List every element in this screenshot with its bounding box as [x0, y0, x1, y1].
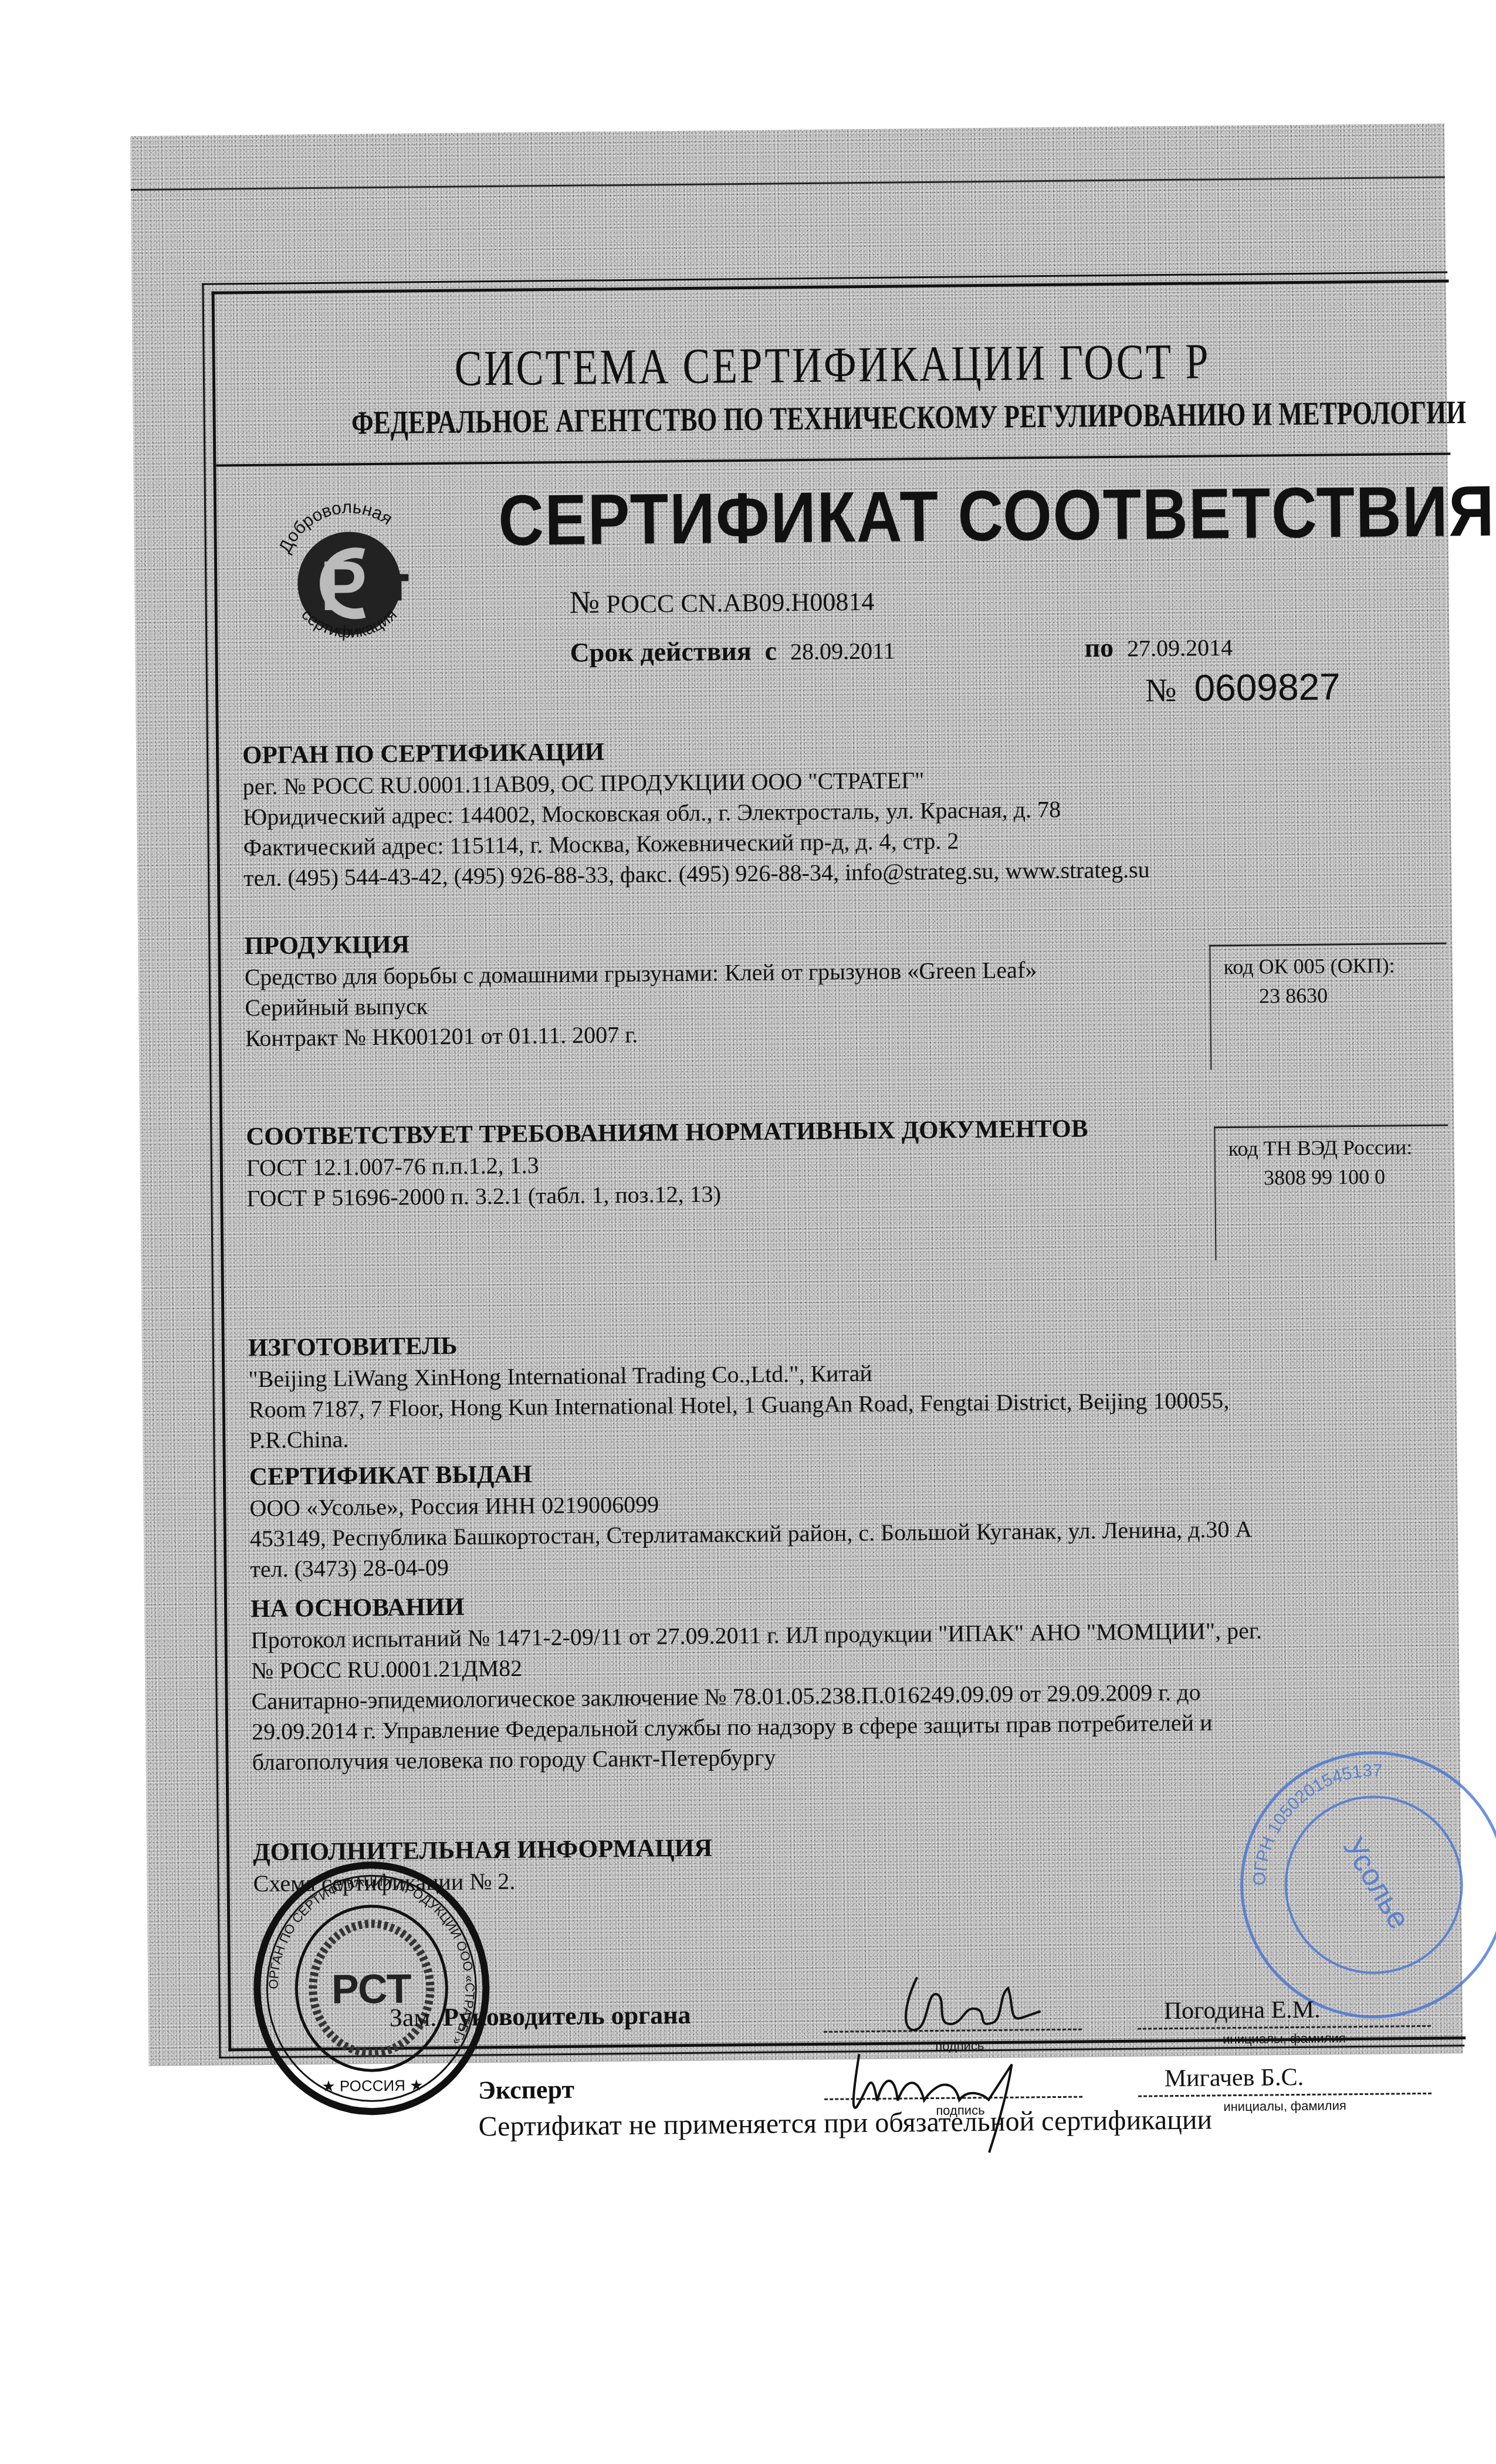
black-certification-seal-icon: ОРГАН ПО СЕРТИФИКАЦИИ ПРОДУКЦИИ ООО «СТР…: [247, 1858, 496, 2118]
product-section: ПРОДУКЦИЯ Средство для борьбы с домашним…: [244, 923, 1038, 1054]
validity-period: Срок действия с 28.09.2011 по 27.09.2014: [570, 631, 1233, 668]
okp-code-value: 23 8630: [1224, 980, 1447, 1011]
head-signature-row: Зам. Руководитель органа: [390, 2000, 691, 2033]
blank-number-value: 0609827: [1194, 665, 1341, 709]
basis-section: НА ОСНОВАНИИ Протокол испытаний № 1471-2…: [251, 1584, 1263, 1778]
head-name: Погодина Е.М.: [1164, 1996, 1321, 2026]
expert-name-line: [1138, 2093, 1431, 2097]
certification-body-section: ОРГАН ПО СЕРТИФИКАЦИИ рег. № РОСС RU.000…: [242, 731, 1150, 893]
rst-logo-icon: Добровольная сертификация P: [260, 489, 438, 666]
deputy-prefix: Зам.: [390, 2003, 437, 2032]
registration-number: № РОСС CN.АВ09.Н00814: [569, 581, 874, 621]
blank-number: №0609827: [1145, 665, 1341, 710]
expert-label: Эксперт: [478, 2075, 574, 2105]
issued-to-section: СЕРТИФИКАТ ВЫДАН ООО «Усолье», Россия ИН…: [249, 1452, 1253, 1585]
expert-name-caption: инициалы, фамилия: [1223, 2098, 1346, 2114]
tnved-code-value: 3808 99 100 0: [1228, 1162, 1448, 1193]
standards-section: СООТВЕТСТВУЕТ ТРЕБОВАНИЯМ НОРМАТИВНЫХ ДО…: [246, 1113, 1089, 1214]
svg-text:Усолье: Усолье: [1336, 1832, 1417, 1935]
expert-signature-row: Эксперт: [478, 2074, 574, 2106]
blank-number-sign: №: [1145, 672, 1177, 709]
head-name-caption: инициалы, фамилия: [1223, 2030, 1346, 2047]
okp-code-label: код ОК 005 (ОКП):: [1223, 950, 1446, 982]
agency-title: ФЕДЕРАЛЬНОЕ АГЕНТСТВО ПО ТЕХНИЧЕСКОМУ РЕ…: [351, 395, 1315, 442]
head-handwritten-signature-icon: [882, 1952, 1052, 2042]
scan-edge-line: [131, 176, 1445, 191]
validity-label: Срок действия: [570, 636, 752, 668]
okp-code-box: код ОК 005 (ОКП): 23 8630: [1209, 943, 1447, 1070]
system-title: СИСТЕМА СЕРТИФИКАЦИИ ГОСТ Р: [326, 330, 1339, 399]
validity-from-label: с: [764, 635, 777, 665]
validity-from-date: 28.09.2011: [790, 638, 895, 665]
validity-to-label: по: [1084, 632, 1113, 662]
blue-company-stamp-icon: ОГРН 1050201545137 Усолье: [1226, 1737, 1496, 2033]
registration-number-value: РОСС CN.АВ09.Н00814: [606, 587, 874, 618]
expert-handwritten-signature-icon: [841, 2040, 1077, 2160]
svg-text:★ РОССИЯ ★: ★ РОССИЯ ★: [321, 2076, 423, 2095]
footer-note: Сертификат не применяется при обязательн…: [478, 2103, 1212, 2143]
validity-to-date: 27.09.2014: [1127, 634, 1233, 662]
certificate-paper: СИСТЕМА СЕРТИФИКАЦИИ ГОСТ Р ФЕДЕРАЛЬНОЕ …: [130, 123, 1463, 2066]
expert-name: Мигачев Б.С.: [1165, 2063, 1304, 2093]
manufacturer-section: ИЗГОТОВИТЕЛЬ "Beijing LiWang XinHong Int…: [248, 1323, 1230, 1456]
certificate-frame: СИСТЕМА СЕРТИФИКАЦИИ ГОСТ Р ФЕДЕРАЛЬНОЕ …: [212, 279, 1466, 2051]
tnved-code-box: код ТН ВЭД России: 3808 99 100 0: [1214, 1125, 1449, 1261]
head-label: Руководитель органа: [443, 2001, 691, 2032]
certificate-title: СЕРТИФИКАТ СООТВЕТСТВИЯ: [498, 470, 1495, 561]
header-divider: [216, 452, 1450, 466]
number-sign: №: [569, 584, 600, 620]
tnved-code-label: код ТН ВЭД России:: [1228, 1132, 1448, 1164]
